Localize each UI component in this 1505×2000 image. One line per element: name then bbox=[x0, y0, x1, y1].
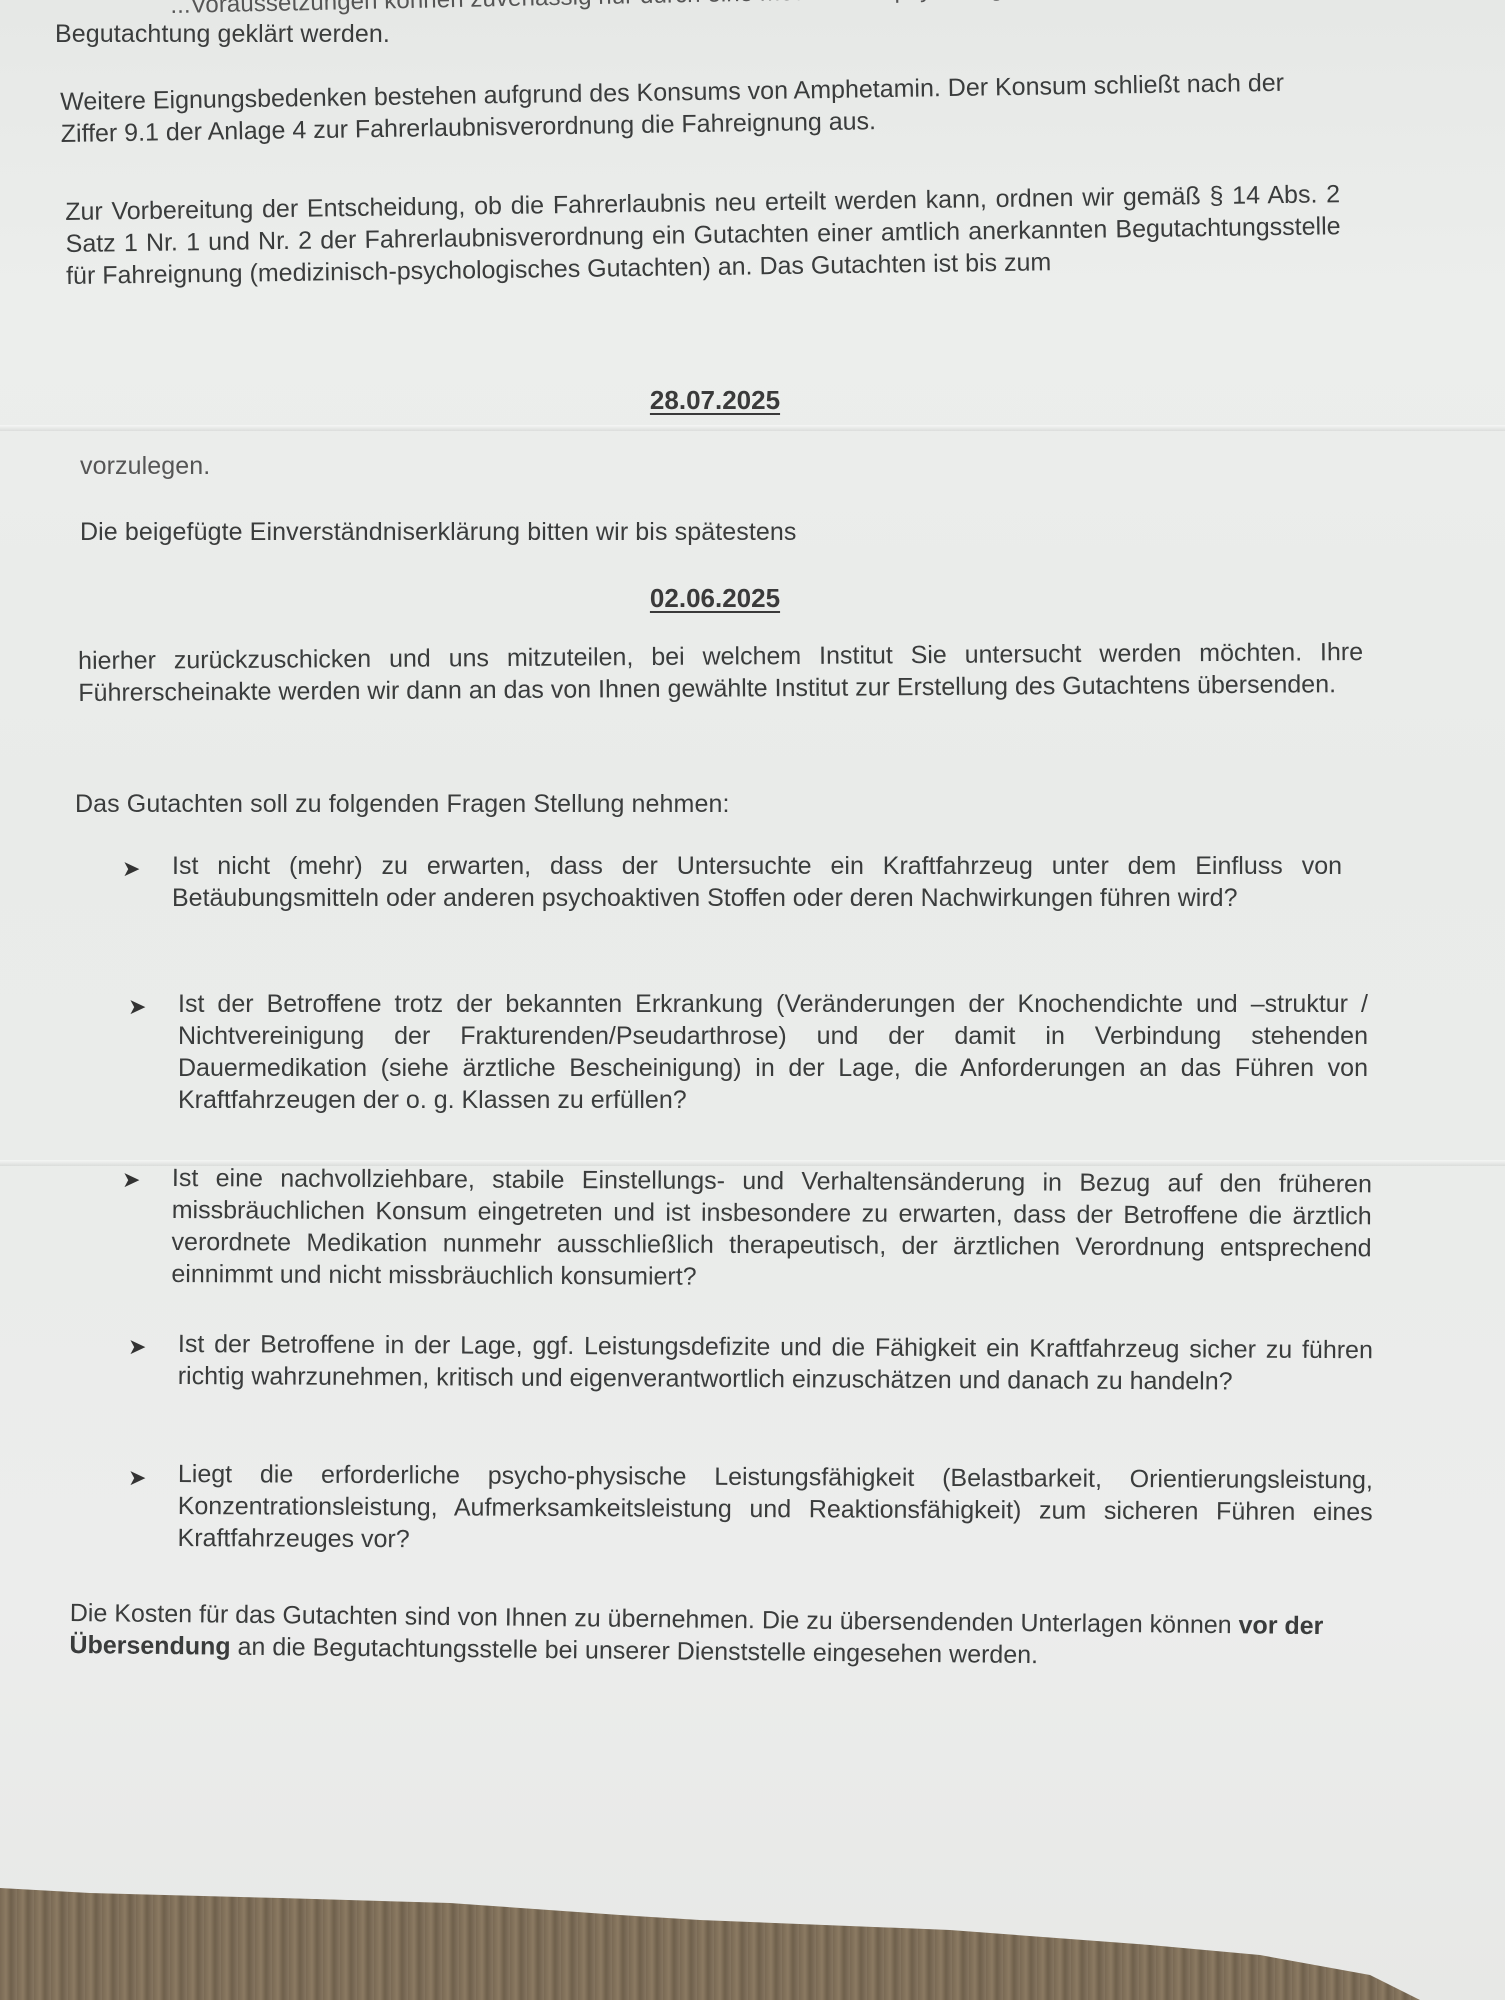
arrowhead-bullet-icon: ➤ bbox=[128, 1334, 146, 1360]
costs-text-2: an die Begutachtungsstelle bei unserer D… bbox=[230, 1633, 1038, 1669]
paragraph-costs: Die Kosten für das Gutachten sind von Ih… bbox=[69, 1597, 1380, 1675]
question-text: Ist der Betroffene in der Lage, ggf. Lei… bbox=[178, 1328, 1373, 1398]
question-text: Ist der Betroffene trotz der bekannten E… bbox=[178, 988, 1368, 1116]
questions-intro: Das Gutachten soll zu folgenden Fragen S… bbox=[75, 790, 730, 819]
consent-request-text: Die beigefügte Einverständniserklärung b… bbox=[80, 518, 797, 547]
arrowhead-bullet-icon: ➤ bbox=[128, 1465, 146, 1491]
question-text: Liegt die erforderliche psycho-physische… bbox=[177, 1458, 1372, 1560]
arrowhead-bullet-icon: ➤ bbox=[128, 994, 146, 1020]
arrowhead-bullet-icon: ➤ bbox=[122, 1167, 140, 1193]
paragraph-return: hierher zurückzuschicken und uns mitzute… bbox=[78, 636, 1363, 709]
deadline-consent-date: 02.06.2025 bbox=[0, 583, 1430, 614]
arrowhead-bullet-icon: ➤ bbox=[122, 856, 140, 882]
paragraph-order: Zur Vorbereitung der Entscheidung, ob di… bbox=[65, 178, 1341, 292]
intro-line-end: Begutachtung geklärt werden. bbox=[55, 20, 390, 49]
vorzulegen-text: vorzulegen. bbox=[80, 452, 210, 481]
question-text: Ist nicht (mehr) zu erwarten, dass der U… bbox=[172, 850, 1342, 914]
question-text: Ist eine nachvollziehbare, stabile Einst… bbox=[171, 1162, 1372, 1296]
paper-fold bbox=[0, 425, 1505, 431]
deadline-report-date: 28.07.2025 bbox=[0, 385, 1430, 416]
